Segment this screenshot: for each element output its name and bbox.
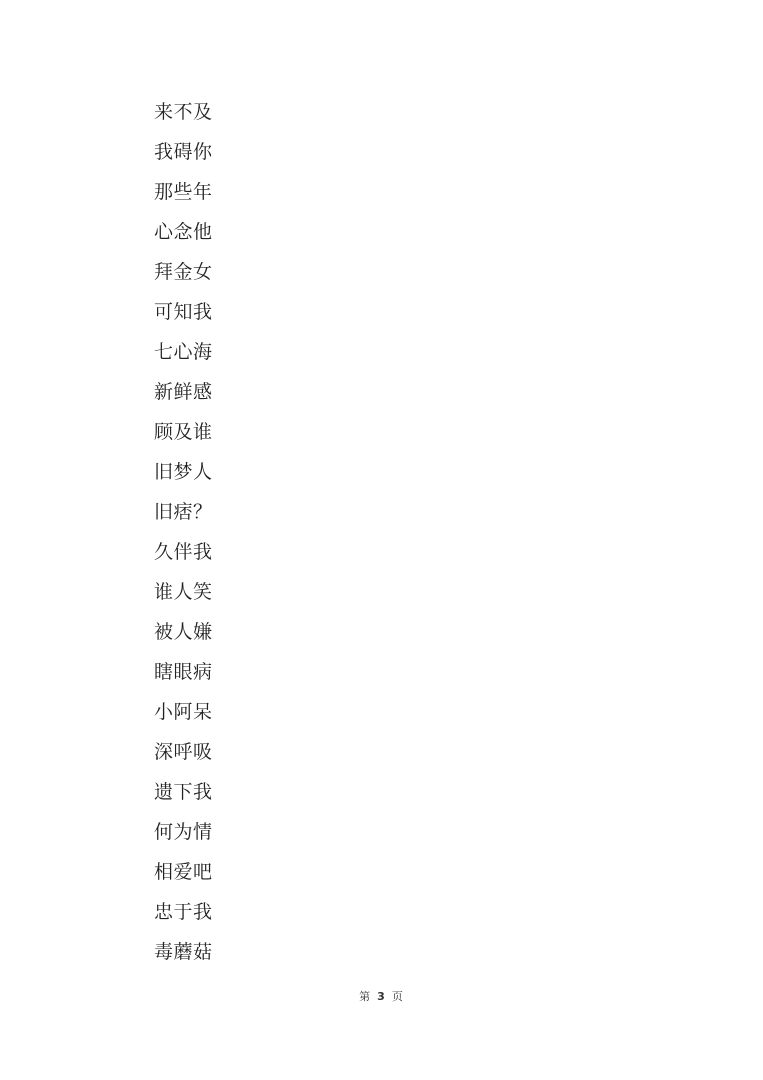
text-line: 可知我	[154, 297, 213, 337]
text-line: 拜金女	[154, 257, 213, 297]
text-line: 谁人笑	[154, 577, 213, 617]
text-line: 被人嫌	[154, 617, 213, 657]
text-line: 深呼吸	[154, 737, 213, 777]
page-label-suffix: 页	[392, 990, 404, 1003]
text-line: 七心海	[154, 337, 213, 377]
text-line: 何为情	[154, 817, 213, 857]
text-line: 顾及谁	[154, 417, 213, 457]
text-line: 久伴我	[154, 537, 213, 577]
text-line: 小阿呆	[154, 697, 213, 737]
text-line: 忠于我	[154, 897, 213, 937]
page-label-prefix: 第	[359, 990, 371, 1003]
document-page: 来不及 我碍你 那些年 心念他 拜金女 可知我 七心海 新鲜感 顾及谁 旧梦人 …	[0, 0, 763, 1080]
text-line: 遗下我	[154, 777, 213, 817]
page-footer: 第3页	[0, 988, 763, 1004]
text-line: 旧梦人	[154, 457, 213, 497]
text-line: 新鲜感	[154, 377, 213, 417]
text-line: 相爱吧	[154, 857, 213, 897]
text-line: 我碍你	[154, 137, 213, 177]
text-line: 瞎眼病	[154, 657, 213, 697]
text-line: 那些年	[154, 177, 213, 217]
text-line: 毒蘑菇	[154, 937, 213, 977]
text-line: 来不及	[154, 97, 213, 137]
text-lines: 来不及 我碍你 那些年 心念他 拜金女 可知我 七心海 新鲜感 顾及谁 旧梦人 …	[154, 97, 213, 977]
page-number: 3	[377, 990, 386, 1003]
text-line: 旧痞？	[154, 497, 213, 537]
text-line: 心念他	[154, 217, 213, 257]
